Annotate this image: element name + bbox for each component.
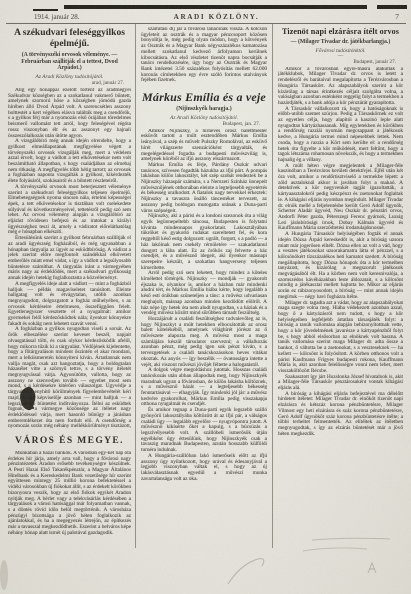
column-right: Tizenöt napi elzárásra ítélt orvos — (Mi… [273,24,406,564]
newspaper-title: ARADI KÖZLÖNY. [144,13,289,21]
paragraph: Amikor Nijinszky, a hírneves orosz balet… [141,129,267,163]
paragraph: A vizsgálóbíró még annak idején elrendel… [8,139,131,185]
paragraph: A megfigyelés ideje alatt a vádlott — mi… [8,282,131,328]
article-body-markus-emilia: Amikor Nijinszky, a hírneves orosz balet… [141,129,267,483]
headline-markus-emilia: Márkus Emília és a veje [141,91,267,104]
paragraph: Munkában a hazai bankok. A városban egy-… [8,451,131,537]
issue-date: 1914. január 28. [34,13,144,21]
dateline-doctor-sentenced: Budapest, január 27. [278,59,403,65]
dateline-wife-killer: arad, január 27. [8,80,131,86]
paragraph: Arról pedig szó sem lehetett, hogy minde… [141,271,267,317]
article-body-doctor-sentenced: Amikor a fővárosban egyre-másra alakulta… [278,67,403,438]
paragraph: A Hungária Társaskör helyiségében fogták… [278,232,403,300]
paragraph: Amikor a fővárosban egyre-másra alakulta… [278,67,403,107]
paragraph: Hozzájárult a családi feszültséghez tudv… [141,317,267,368]
article-body-wife-killer: Alig egy hónappal ezelőtt történt az ara… [8,88,131,429]
subhead-wife-killer: (A törvényszéki orvosok véleménye. — Feb… [10,52,129,72]
paragraph: számítási díj jár a fővárosi tanácsnak v… [141,27,267,84]
paragraph: A dolgok végre megoldáshoz jutottak. Hos… [141,368,267,408]
paragraph: És amikor tegnap a Duna-parti egyik legs… [141,408,267,454]
dateline-markus-emilia: Budapest, jan. 27. [141,121,267,127]
column-container: A székudvari feleséggyilkos épelméjű. (A… [5,24,406,564]
paragraph: A múlt héten végre megjelentek a Milager… [278,164,403,232]
headline-doctor-sentenced: Tizenöt napi elzárásra ítélt orvos [278,27,403,36]
subhead-markus-emilia: (Nijinszkyék haragja.) [143,106,265,113]
section-heading-city-county: VÁROS ÉS MEGYE. [8,436,131,446]
paragraph: Alig egy hónappal ezelőtt történt az ara… [8,88,131,139]
masthead-rule-right [377,5,407,9]
paragraph: Nijinszky, aki a párisi és a londoni sze… [141,214,267,271]
column-middle: számítási díj jár a fővárosi tanácsnak v… [135,24,273,548]
section-body-city-county: Munkában a hazai bankok. A városban egy-… [8,451,131,537]
paragraph: A Hungária-szállóban lakó ismerőseik elő… [141,454,267,483]
paragraph: Milager dr. tagadta azt a vádat, hogy az… [278,301,403,375]
masthead-rule-left [33,9,58,11]
subhead-doctor-sentenced: — (Milager Tivadar dr. játékbarlangja.) [280,39,401,46]
running-head: 1914. január 28. ARADI KÖZLÖNY. 7 [0,12,411,21]
pencil-mark-letter-a [368,563,376,573]
paragraph: A Társaskör vállalkozott rá, hogy a ható… [278,107,403,164]
masthead-rule-main [64,5,367,9]
paragraph: A fogházban a gyilkos nyugodtan viseli a… [8,327,131,428]
paragraph: A bíróság a kihágási eljárás befejeztéve… [278,392,403,438]
headline-wife-killer: A székudvari feleséggyilkos épelméjű. [8,28,131,49]
page-number: 7 [289,12,399,21]
paragraph: Értesülésünk szerint a gyilkost februárb… [8,236,131,282]
column-left: A székudvari feleséggyilkos épelméjű. (A… [5,24,135,564]
newspaper-page-scan: 1914. január 28. ARADI KÖZLÖNY. 7 A szék… [0,0,411,594]
corner-smudge [0,560,8,590]
paragraph: Márkus Emília és férje, Párdány Oszkár u… [141,163,267,214]
paragraph: A törvényszéki orvosok most beterjesztet… [8,185,131,236]
paragraph: Szakasztott így járt Huzslonka József hi… [278,375,403,392]
continuation-text: számítási díj jár a fővárosi tanácsnak v… [141,27,267,84]
